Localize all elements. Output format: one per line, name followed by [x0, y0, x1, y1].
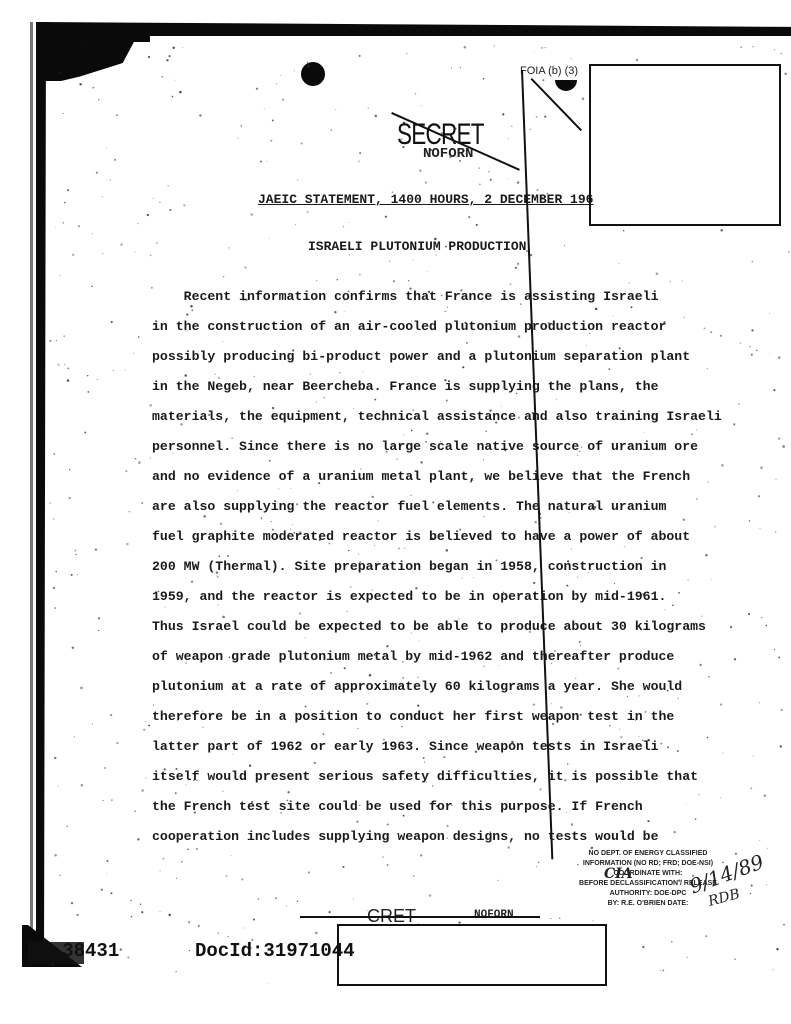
body-line: therefore be in a position to conduct he… — [152, 702, 712, 732]
scan-edge-left-outer — [30, 22, 33, 962]
body-line: possibly producing bi-product power and … — [152, 342, 712, 372]
body-line: in the construction of an air-cooled plu… — [152, 312, 712, 342]
body-text: Recent information confirms that France … — [152, 282, 712, 852]
scan-edge-left — [36, 22, 46, 962]
mw-number-obscured — [28, 942, 84, 964]
scan-corner-artifact — [42, 36, 137, 81]
body-line: the French test site could be used for t… — [152, 792, 712, 822]
body-line: plutonium at a rate of approximately 60 … — [152, 672, 712, 702]
handling-marking-top: NOFORN — [423, 146, 473, 162]
body-line: personnel. Since there is no large scale… — [152, 432, 712, 462]
body-line: fuel graphite moderated reactor is belie… — [152, 522, 712, 552]
body-line: Thus Israel could be expected to be able… — [152, 612, 712, 642]
doc-id: DocId:31971044 — [195, 940, 355, 962]
redaction-box-bottom — [337, 924, 607, 986]
body-line: cooperation includes supplying weapon de… — [152, 822, 712, 852]
foia-exemption-label: FOIA (b) (3) — [520, 65, 578, 77]
body-line: are also supplying the reactor fuel elem… — [152, 492, 712, 522]
body-line: latter part of 1962 or early 1963. Since… — [152, 732, 712, 762]
handling-marking-bottom: NOFORN — [474, 909, 514, 921]
body-line: of weapon grade plutonium metal by mid-1… — [152, 642, 712, 672]
body-line: Recent information confirms that France … — [152, 282, 712, 312]
scan-edge-top — [40, 22, 791, 36]
body-line: in the Negeb, near Beercheba. France is … — [152, 372, 712, 402]
body-line: and no evidence of a uranium metal plant… — [152, 462, 712, 492]
classification-bottom-strikethrough — [300, 916, 540, 918]
body-line: materials, the equipment, technical assi… — [152, 402, 712, 432]
statement-heading: JAEIC STATEMENT, 1400 HOURS, 2 DECEMBER … — [258, 192, 593, 207]
punch-hole-partial — [555, 80, 577, 91]
redaction-box-top — [589, 64, 781, 226]
stamp-agency-handwritten: CIA — [604, 866, 633, 882]
stamp-line: NO DEPT. OF ENERGY CLASSIFIED — [548, 849, 748, 859]
punch-hole — [301, 62, 325, 86]
body-line: 200 MW (Thermal). Site preparation began… — [152, 552, 712, 582]
body-line: 1959, and the reactor is expected to be … — [152, 582, 712, 612]
document-title: ISRAELI PLUTONIUM PRODUCTION — [308, 239, 526, 254]
body-line: itself would present serious safety diff… — [152, 762, 712, 792]
